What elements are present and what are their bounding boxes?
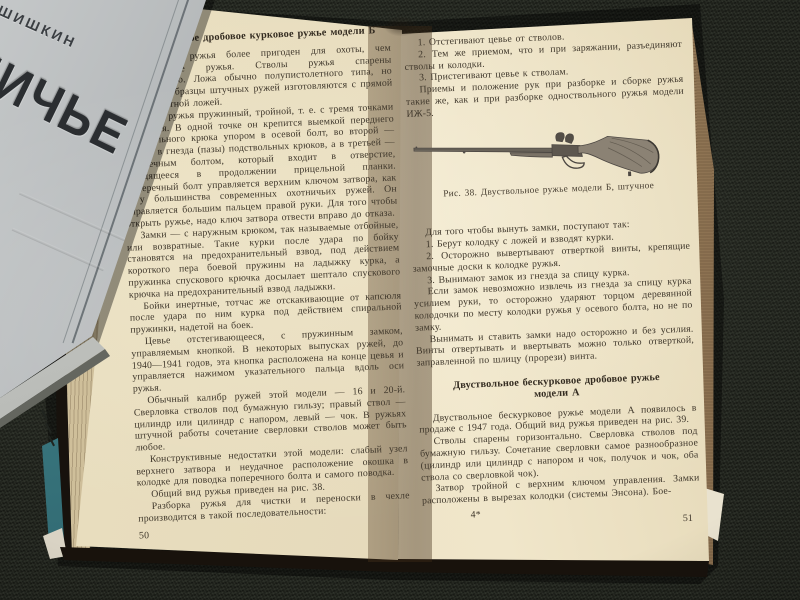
paragraph: Замки — с наружным крюком, так называемы…: [126, 219, 401, 301]
signature-mark: 4*: [470, 509, 481, 521]
page-number-51: 51: [683, 513, 694, 525]
cover-embossed-ridge: [12, 228, 105, 271]
shotgun-illustration: [409, 116, 673, 188]
right-page-text: 1. Отстегивают цевье от стволов. 2. Тем …: [403, 15, 701, 523]
photo-open-book-scene: Двуствольное дробовое курковое ружье мод…: [0, 0, 800, 600]
cover-title-fragment: НИЧЬЕ: [0, 34, 138, 166]
shotgun-figure: [409, 115, 687, 188]
cover-author-fragment: ШИШКИН: [0, 2, 80, 51]
